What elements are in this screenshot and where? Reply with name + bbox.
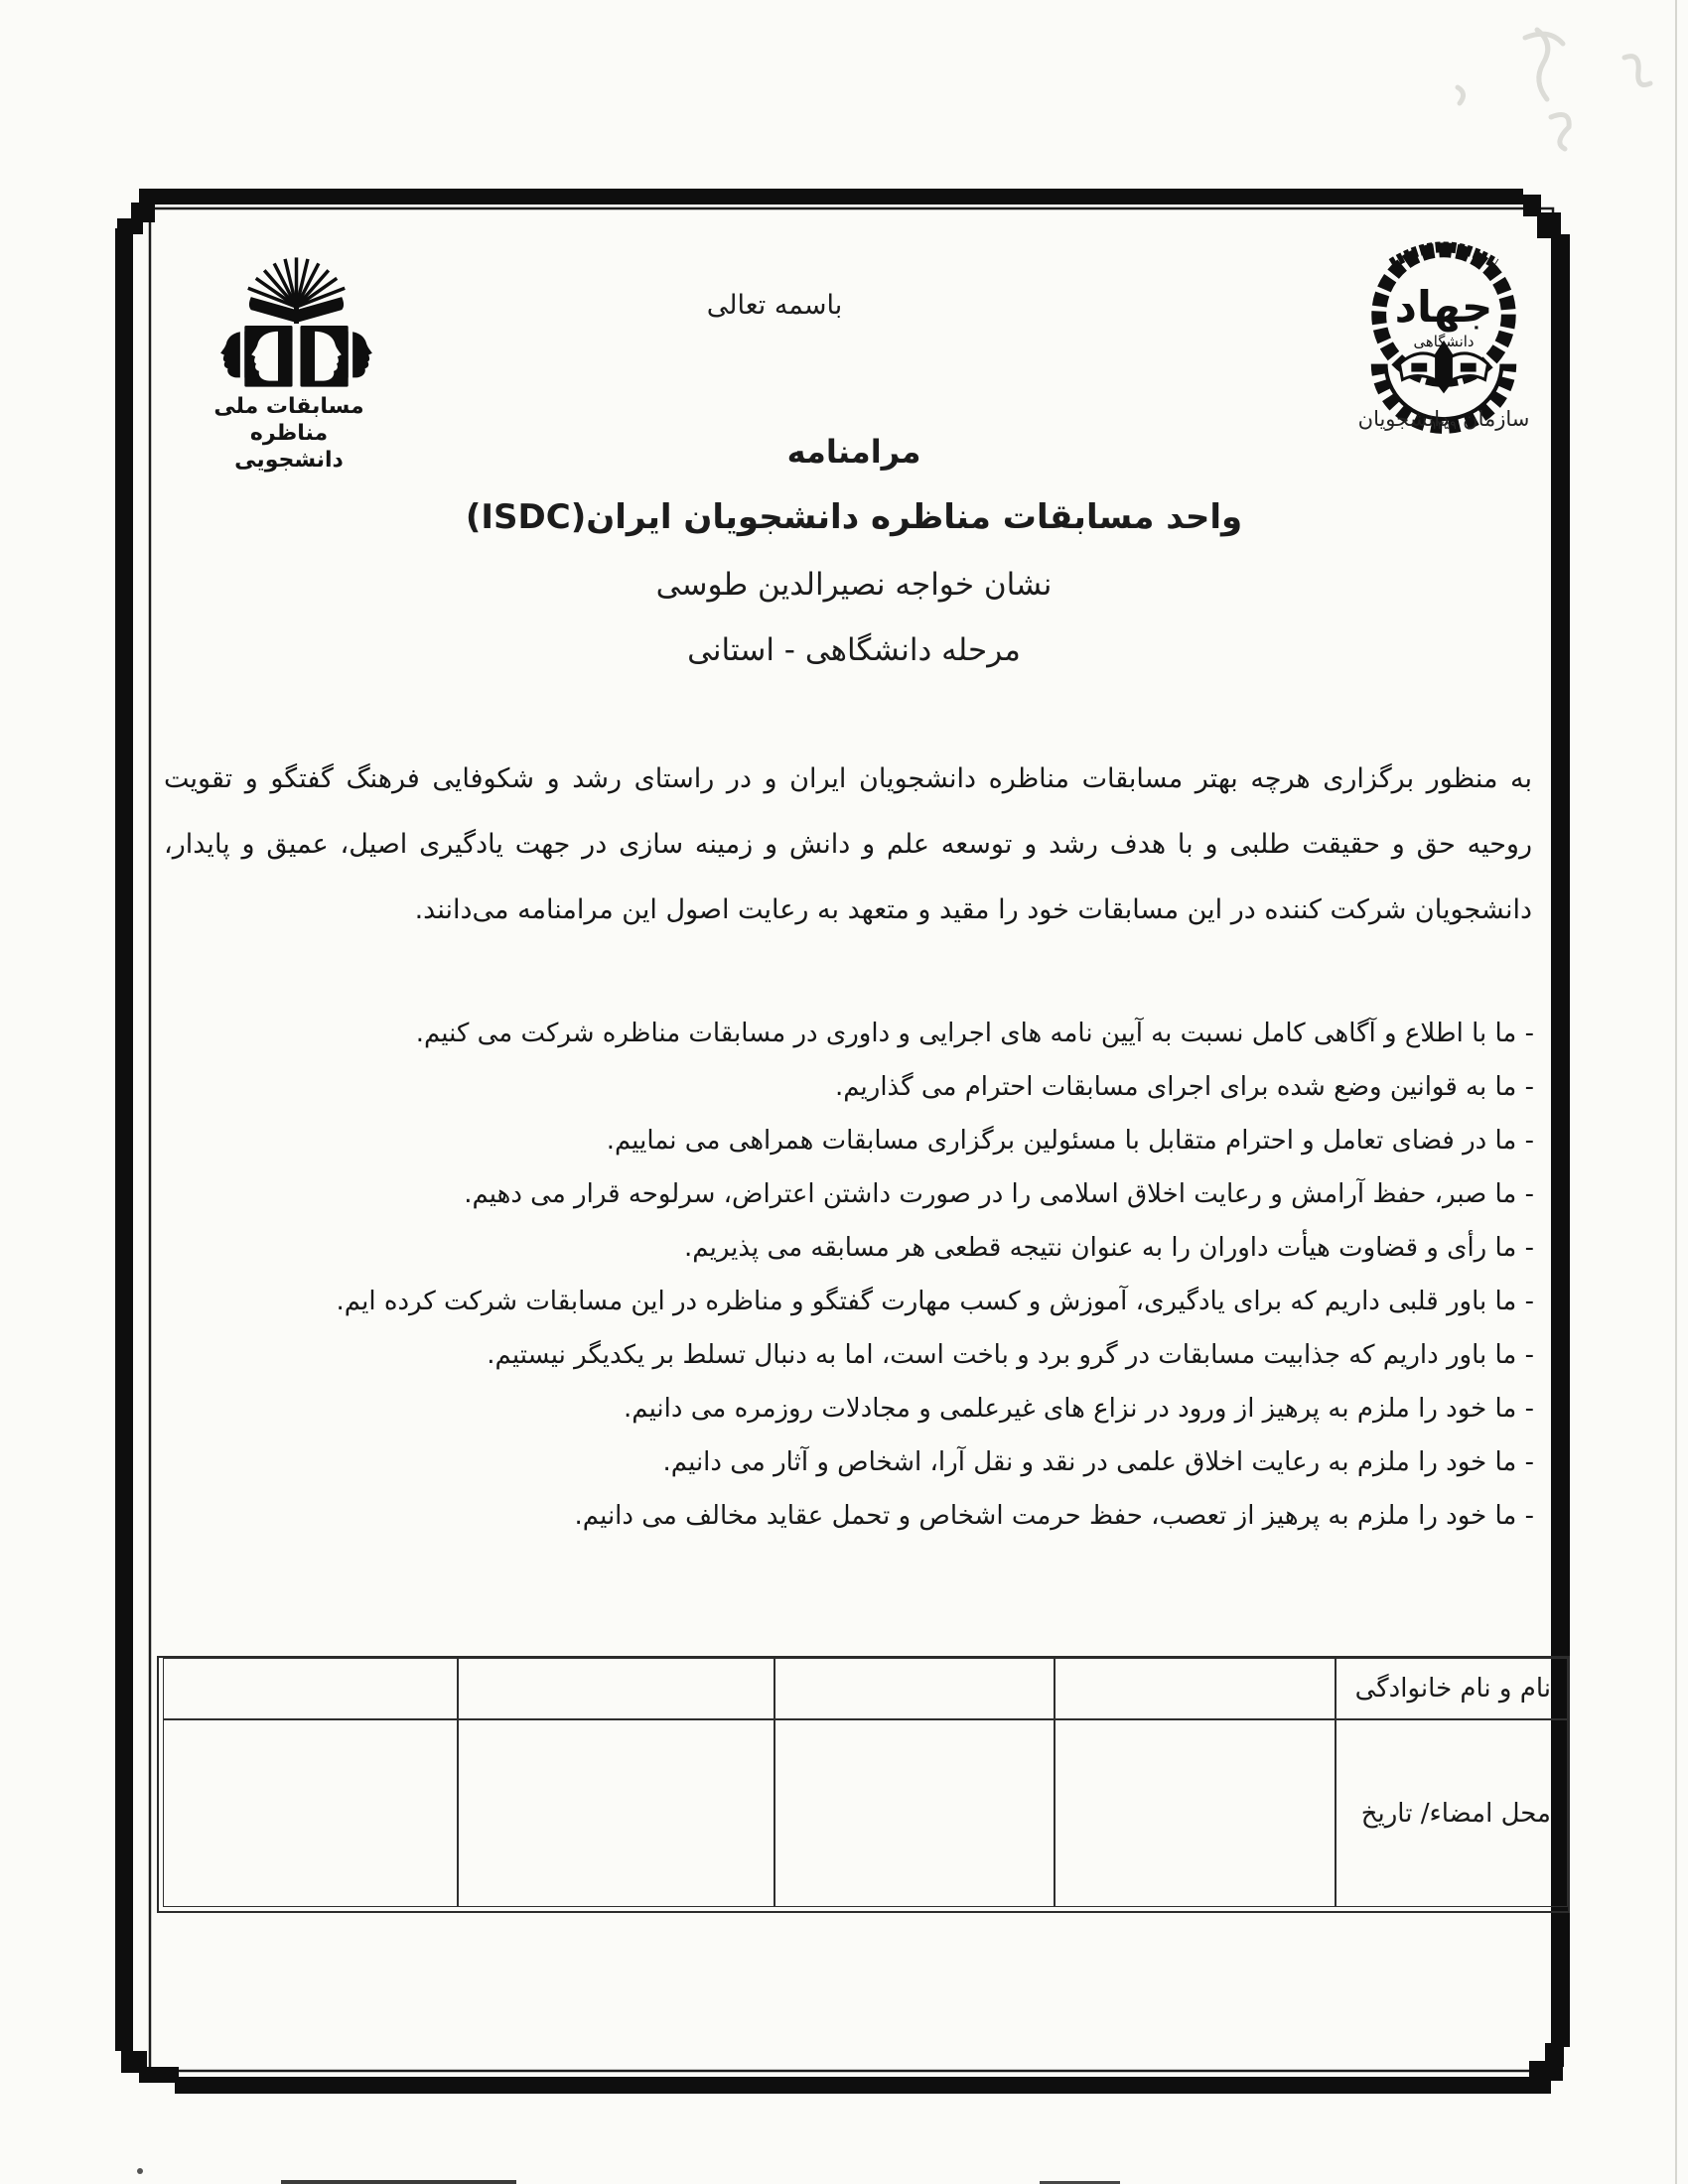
jahad-daneshgahi-logo: جهاد دانشگاهی ۱۳۵۹: [1350, 224, 1537, 435]
page-title: مرامنامه: [357, 429, 1350, 475]
pledge-item: - ما خود را ملزم به رعایت اخلاق علمی در …: [164, 1435, 1534, 1489]
name-row-label: نام و نام خانوادگی: [1336, 1658, 1568, 1719]
signature-cell-2: [774, 1719, 1055, 1907]
signature-cell-1: [1055, 1719, 1336, 1907]
jahad-emblem-icon: جهاد دانشگاهی ۱۳۵۹: [1350, 224, 1537, 435]
signature-row-label: محل امضاء/ تاریخ: [1336, 1719, 1568, 1907]
debate-caption-line1: مسابقات ملی: [202, 393, 376, 420]
pledge-item: - ما در فضای تعامل و احترام متقابل با مس…: [164, 1114, 1534, 1167]
pledge-item: - ما خود را ملزم به پرهیز از تعصب، حفظ ح…: [164, 1489, 1534, 1543]
signature-cell-4: [163, 1719, 458, 1907]
pencil-smudges: [1430, 0, 1688, 199]
name-cell-4: [163, 1658, 458, 1719]
paper-edge-line: [1675, 0, 1677, 2184]
organization-line: واحد مسابقات مناظره دانشجویان ایران(ISDC…: [258, 492, 1450, 542]
two-heads-open-book-icon: [217, 256, 376, 389]
pledge-item: - ما صبر، حفظ آرامش و رعایت اخلاق اسلامی…: [164, 1167, 1534, 1221]
frame-bottom-bar: [175, 2077, 1551, 2094]
pledge-item: - ما رأی و قضاوت هیأت داوران را به عنوان…: [164, 1221, 1534, 1275]
basmala: باسمه تعالی: [596, 284, 953, 328]
name-cell-2: [774, 1658, 1055, 1719]
signature-table: نام و نام خانوادگی محل امضاء/ تاریخ: [157, 1656, 1570, 1913]
right-head-group: [300, 326, 371, 387]
jahad-word: جهاد: [1395, 283, 1493, 333]
debate-competitions-logo: مسابقات ملی مناظره دانشجویی: [202, 256, 376, 474]
signature-cell-3: [458, 1719, 774, 1907]
pledge-item: - ما خود را ملزم به پرهیز از ورود در نزا…: [164, 1382, 1534, 1435]
pledge-item: - ما باور داریم که جذابیت مسابقات در گرو…: [164, 1328, 1534, 1382]
frame-left-bar: [115, 228, 133, 2051]
debate-caption-line2: مناظره دانشجویی: [202, 420, 376, 474]
left-head-group: [220, 326, 292, 387]
name-cell-3: [458, 1658, 774, 1719]
name-cell-1: [1055, 1658, 1336, 1719]
scanner-edge-marks: [0, 2164, 1688, 2184]
frame-top-bar: [139, 189, 1523, 205]
badge-line: نشان خواجه نصیرالدین طوسی: [357, 562, 1350, 608]
jahad-logo-caption: سازمان دانشجویان: [1342, 407, 1545, 431]
pledge-item: - ما باور قلبی داریم که برای یادگیری، آم…: [164, 1275, 1534, 1328]
debate-logo-caption: مسابقات ملی مناظره دانشجویی: [202, 393, 376, 474]
pledge-item: - ما به قوانین وضع شده برای اجرای مسابقا…: [164, 1060, 1534, 1114]
pledge-list: - ما با اطلاع و آگاهی کامل نسبت به آیین …: [164, 1007, 1534, 1543]
rays: [248, 257, 345, 307]
scanned-charter-page: مسابقات ملی مناظره دانشجویی جهاد دانشگاه…: [0, 0, 1688, 2184]
intro-paragraph: به منظور برگزاری هرچه بهتر مسابقات مناظر…: [164, 747, 1532, 943]
stage-line: مرحله دانشگاهی - استانی: [357, 627, 1350, 673]
pledge-item: - ما با اطلاع و آگاهی کامل نسبت به آیین …: [164, 1007, 1534, 1060]
